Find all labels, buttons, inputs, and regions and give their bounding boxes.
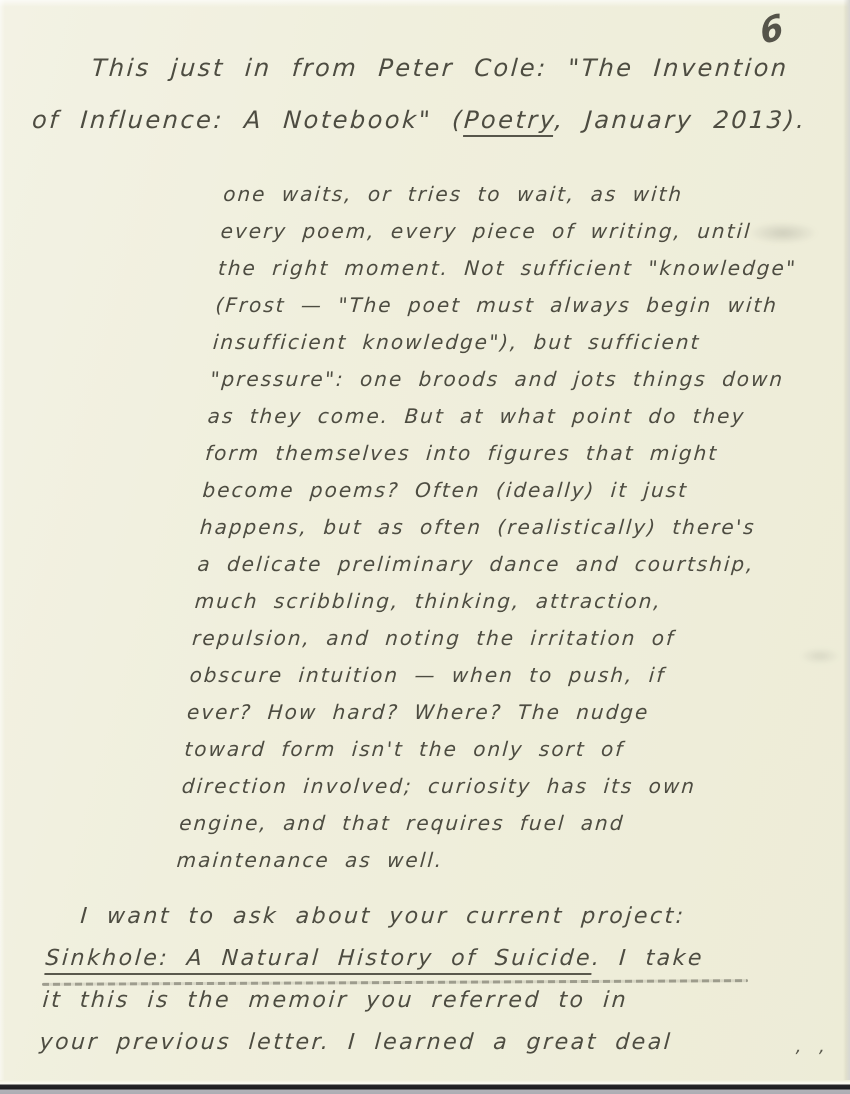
quote-line: one waits, or tries to wait, as with xyxy=(222,176,850,213)
closing-line-2: Sinkhole: A Natural History of Suicide. … xyxy=(44,938,837,980)
scan-edge-top xyxy=(0,0,850,7)
quote-line: engine, and that requires fuel and xyxy=(178,805,821,842)
quote-line: become poems? Often (ideally) it just xyxy=(201,472,844,509)
quote-line: direction involved; curiosity has its ow… xyxy=(181,768,824,805)
underlined-journal-title: Poetry xyxy=(463,106,556,137)
quoted-passage-block: one waits, or tries to wait, as with eve… xyxy=(175,176,850,879)
intro-line-1: This just in from Peter Cole: "The Inven… xyxy=(34,42,838,94)
quote-line: "pressure": one broods and jots things d… xyxy=(209,361,850,398)
letter-intro-paragraph: This just in from Peter Cole: "The Inven… xyxy=(30,42,837,146)
stray-pencil-marks: , , xyxy=(795,1036,832,1057)
quote-line: toward form isn't the only sort of xyxy=(183,731,826,768)
scan-edge-bottom xyxy=(0,1080,850,1094)
scan-edge-left xyxy=(0,0,5,1080)
quote-line: ever? How hard? Where? The nudge xyxy=(186,694,829,731)
quote-line: obscure intuition — when to push, if xyxy=(188,657,831,694)
quote-line: (Frost — "The poet must always begin wit… xyxy=(214,287,850,324)
quote-line: happens, but as often (realistically) th… xyxy=(199,509,842,546)
intro-line-2: of Influence: A Notebook" (Poetry, Janua… xyxy=(30,94,834,146)
quote-line: the right moment. Not sufficient "knowle… xyxy=(217,250,850,287)
quote-line: as they come. But at what point do they xyxy=(206,398,849,435)
underlined-book-title: Sinkhole: A Natural History of Suicide xyxy=(44,946,593,975)
quote-line: insufficient knowledge"), but sufficient xyxy=(212,324,850,361)
quote-line: repulsion, and noting the irritation of xyxy=(191,620,834,657)
pencil-smudge xyxy=(800,648,840,664)
quote-line: a delicate preliminary dance and courtsh… xyxy=(196,546,839,583)
intro-line-2-post: , January 2013). xyxy=(554,106,808,134)
scanned-handwritten-letter-page: 6 This just in from Peter Cole: "The Inv… xyxy=(0,0,850,1094)
quote-line: much scribbling, thinking, attraction, xyxy=(194,583,837,620)
scan-edge-right xyxy=(843,0,850,1080)
quote-line: maintenance as well. xyxy=(175,842,818,879)
closing-line-1: I want to ask about your current project… xyxy=(47,896,840,938)
intro-line-2-pre: of Influence: A Notebook" ( xyxy=(31,106,465,134)
closing-line-4: your previous letter. I learned a great … xyxy=(38,1022,831,1064)
closing-line-2-post: . I take xyxy=(591,946,705,971)
quote-line: form themselves into figures that might xyxy=(204,435,847,472)
pencil-smudge xyxy=(748,222,818,244)
closing-line-3: it this is the memoir you referred to in xyxy=(41,980,834,1022)
